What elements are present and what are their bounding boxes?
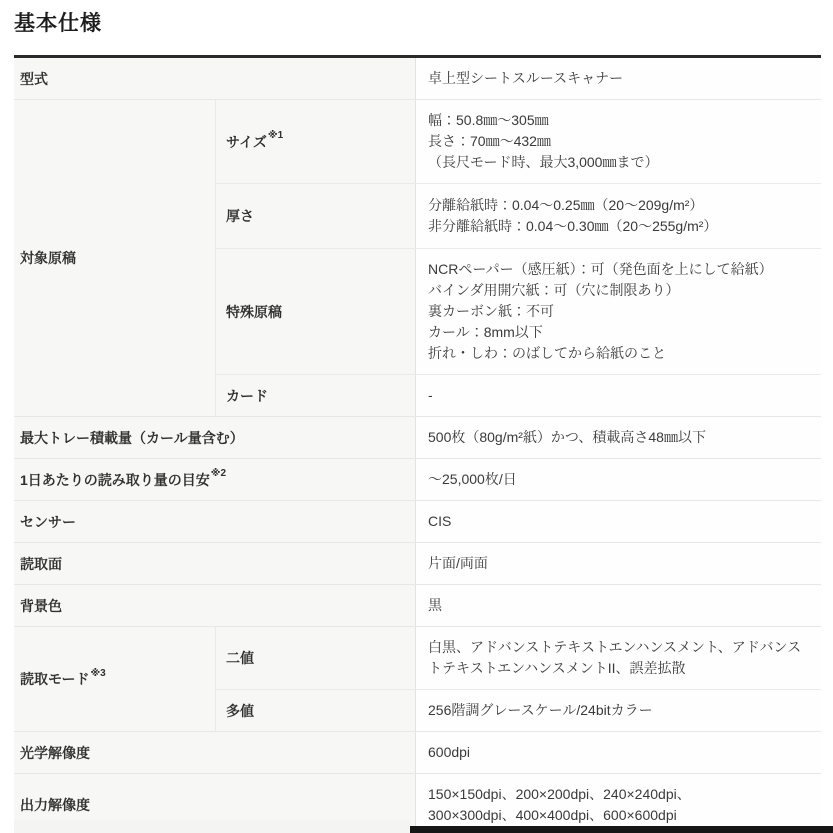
basic-spec-table: 型式 卓上型シートスルースキャナー 対象原稿 サイズ※1 幅：50.8㎜～305… <box>14 55 821 833</box>
value-line: 折れ・しわ：のばしてから給紙のこと <box>428 343 811 364</box>
value-line: 非分離給紙時：0.04～0.30㎜（20～255g/m²） <box>428 216 811 237</box>
spec-row-background-color: 背景色 黒 <box>14 585 821 627</box>
value-line: カール：8mm以下 <box>428 322 811 343</box>
spec-value-sensor: CIS <box>415 501 821 542</box>
spec-label-scan-side: 読取面 <box>14 543 415 584</box>
spec-row-tray-capacity: 最大トレー積載量（カール量含む） 500枚（80g/m²紙）かつ、積載高さ48㎜… <box>14 417 821 459</box>
spec-label-sensor: センサー <box>14 501 415 542</box>
value-line: 幅：50.8㎜～305㎜ <box>428 110 811 131</box>
scan-mode-subrows: 二値 白黒、アドバンストテキストエンハンスメント、アドバンストテキストエンハンス… <box>215 627 821 731</box>
spec-value-background-color: 黒 <box>415 585 821 626</box>
value-line: 600dpi <box>428 742 811 763</box>
spec-row-multi-mode: 多値 256階調グレースケール/24bitカラー <box>215 689 821 731</box>
spec-sublabel-multi: 多値 <box>215 690 415 731</box>
table-bottom-strip <box>14 820 410 833</box>
value-line: 白黒、アドバンストテキストエンハンスメント、アドバンストテキストエンハンスメント… <box>428 637 811 679</box>
spec-sublabel-thickness: 厚さ <box>215 184 415 248</box>
spec-label-target-document: 対象原稿 <box>14 100 215 416</box>
spec-row-sensor: センサー CIS <box>14 501 821 543</box>
sublabel-text: 二値 <box>226 648 254 668</box>
page-title: 基本仕様 <box>0 0 833 37</box>
spec-value-optical-resolution: 600dpi <box>415 732 821 773</box>
sublabel-text: カード <box>226 386 268 406</box>
spec-value-binary: 白黒、アドバンストテキストエンハンスメント、アドバンストテキストエンハンスメント… <box>415 627 821 689</box>
spec-value-output-resolution: 150×150dpi、200×200dpi、240×240dpi、 300×30… <box>415 774 821 833</box>
spec-sublabel-binary: 二値 <box>215 627 415 689</box>
spec-group-scan-mode: 読取モード※3 二値 白黒、アドバンストテキストエンハンスメント、アドバンストテ… <box>14 627 821 732</box>
value-line: 256階調グレースケール/24bitカラー <box>428 700 811 721</box>
value-line: ～25,000枚/日 <box>428 469 811 490</box>
label-text: 1日あたりの読み取り量の目安 <box>20 470 210 490</box>
label-text: 読取モード <box>20 669 89 689</box>
spec-label-background-color: 背景色 <box>14 585 415 626</box>
value-line: 長さ：70㎜～432㎜ <box>428 131 811 152</box>
spec-value-special-document: NCRペーパー（感圧紙）：可（発色面を上にして給紙） バインダ用開穴紙：可（穴に… <box>415 249 821 374</box>
spec-row-scan-side: 読取面 片面/両面 <box>14 543 821 585</box>
spec-value-card: - <box>415 375 821 416</box>
value-line: 黒 <box>428 595 811 616</box>
spec-row-optical-resolution: 光学解像度 600dpi <box>14 732 821 774</box>
next-section-top-border <box>410 826 833 833</box>
footnote-marker-1: ※1 <box>268 130 283 141</box>
sublabel-text: 厚さ <box>226 206 254 226</box>
sublabel-text: 多値 <box>226 701 254 721</box>
spec-value-thickness: 分離給紙時：0.04～0.25㎜（20～209g/m²） 非分離給紙時：0.04… <box>415 184 821 248</box>
spec-value-tray-capacity: 500枚（80g/m²紙）かつ、積載高さ48㎜以下 <box>415 417 821 458</box>
value-line: CIS <box>428 511 811 532</box>
value-line: 500枚（80g/m²紙）かつ、積載高さ48㎜以下 <box>428 427 811 448</box>
spec-label-optical-resolution: 光学解像度 <box>14 732 415 773</box>
spec-page: 基本仕様 型式 卓上型シートスルースキャナー 対象原稿 サイズ※1 幅：50.8… <box>0 0 833 833</box>
spec-value-daily-volume: ～25,000枚/日 <box>415 459 821 500</box>
value-line: 卓上型シートスルースキャナー <box>428 68 811 89</box>
spec-row-model: 型式 卓上型シートスルースキャナー <box>14 58 821 100</box>
value-line: 150×150dpi、200×200dpi、240×240dpi、 <box>428 784 811 805</box>
sublabel-text: サイズ <box>226 132 267 152</box>
spec-value-scan-side: 片面/両面 <box>415 543 821 584</box>
value-line: 片面/両面 <box>428 553 811 574</box>
spec-label-scan-mode: 読取モード※3 <box>14 627 215 731</box>
spec-row-thickness: 厚さ 分離給紙時：0.04～0.25㎜（20～209g/m²） 非分離給紙時：0… <box>215 183 821 248</box>
spec-sublabel-card: カード <box>215 375 415 416</box>
spec-row-daily-volume: 1日あたりの読み取り量の目安※2 ～25,000枚/日 <box>14 459 821 501</box>
spec-sublabel-special-document: 特殊原稿 <box>215 249 415 374</box>
spec-value-multi: 256階調グレースケール/24bitカラー <box>415 690 821 731</box>
value-line: 300×300dpi、400×400dpi、600×600dpi <box>428 805 811 826</box>
footnote-marker-2: ※2 <box>211 468 226 479</box>
sublabel-text: 特殊原稿 <box>226 302 282 322</box>
spec-value-model: 卓上型シートスルースキャナー <box>415 58 821 99</box>
value-line: バインダ用開穴紙：可（穴に制限あり） <box>428 280 811 301</box>
spec-row-size: サイズ※1 幅：50.8㎜～305㎜ 長さ：70㎜～432㎜ （長尺モード時、最… <box>215 100 821 183</box>
spec-sublabel-size: サイズ※1 <box>215 100 415 183</box>
footnote-marker-3: ※3 <box>90 668 105 679</box>
spec-label-tray-capacity: 最大トレー積載量（カール量含む） <box>14 417 415 458</box>
value-line: 裏カーボン紙：不可 <box>428 301 811 322</box>
value-line: NCRペーパー（感圧紙）：可（発色面を上にして給紙） <box>428 259 811 280</box>
spec-value-size: 幅：50.8㎜～305㎜ 長さ：70㎜～432㎜ （長尺モード時、最大3,000… <box>415 100 821 183</box>
spec-row-binary-mode: 二値 白黒、アドバンストテキストエンハンスメント、アドバンストテキストエンハンス… <box>215 627 821 689</box>
value-line: - <box>428 385 811 406</box>
value-line: 分離給紙時：0.04～0.25㎜（20～209g/m²） <box>428 195 811 216</box>
spec-label-daily-volume: 1日あたりの読み取り量の目安※2 <box>14 459 415 500</box>
spec-label-model: 型式 <box>14 58 415 99</box>
spec-row-card: カード - <box>215 374 821 416</box>
spec-row-special-document: 特殊原稿 NCRペーパー（感圧紙）：可（発色面を上にして給紙） バインダ用開穴紙… <box>215 248 821 374</box>
target-document-subrows: サイズ※1 幅：50.8㎜～305㎜ 長さ：70㎜～432㎜ （長尺モード時、最… <box>215 100 821 416</box>
spec-group-target-document: 対象原稿 サイズ※1 幅：50.8㎜～305㎜ 長さ：70㎜～432㎜ （長尺モ… <box>14 100 821 417</box>
value-line: （長尺モード時、最大3,000㎜まで） <box>428 152 811 173</box>
